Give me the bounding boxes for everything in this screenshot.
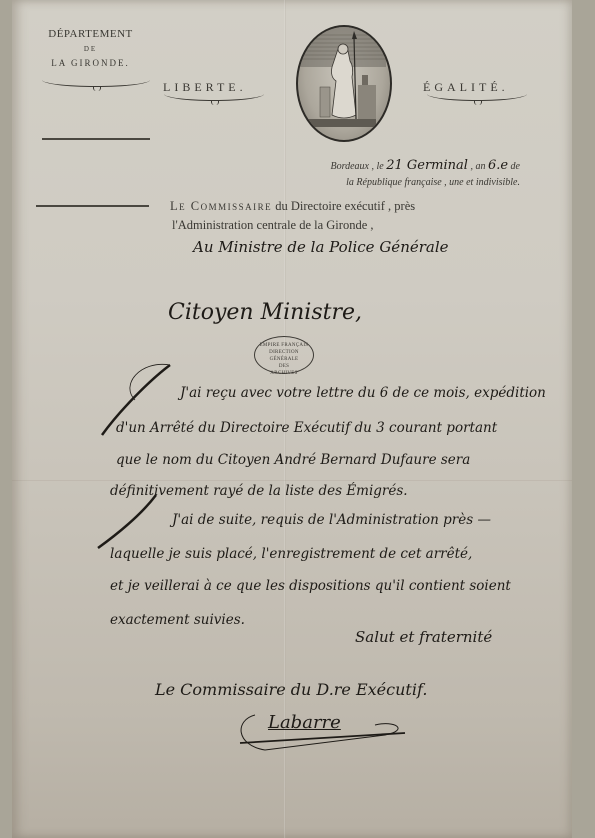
stamp-line2: DIRECTION GÉNÉRALE — [255, 349, 313, 363]
body-line-6: laquelle je suis placé, l'enregistrement… — [110, 546, 472, 562]
header-rule-mid — [36, 205, 149, 207]
signature-paraph-icon — [235, 705, 415, 765]
motto-liberte: LIBERTE. — [163, 80, 247, 95]
body-line-5: J'ai de suite, requis de l'Administratio… — [172, 512, 491, 528]
header-rule-top — [42, 138, 150, 140]
closing-salut: Salut et fraternité — [355, 628, 492, 646]
liberty-figure-icon — [298, 27, 386, 136]
department-heading: DÉPARTEMENT DE LA GIRONDE. — [28, 26, 153, 72]
dateline-handwritten-day: 21 Germinal — [386, 158, 468, 173]
stamp-line1: EMPIRE FRANÇAIS — [255, 342, 313, 349]
stamp-line3: DES — [255, 363, 313, 370]
body-line-8: exactement suivies. — [110, 612, 245, 628]
dateline-line2: la République française , une et indivis… — [262, 175, 520, 191]
liberty-medallion-engraving — [296, 25, 392, 142]
motto-egalite: ÉGALITÉ. — [423, 80, 509, 95]
body-line-7: et je veillerai à ce que les disposition… — [110, 578, 511, 594]
salutation: Citoyen Ministre, — [168, 300, 362, 325]
sender-line1: Le Commissaire du Directoire exécutif , … — [170, 197, 415, 216]
signature-title: Le Commissaire du D.re Exécutif. — [155, 680, 427, 699]
body-line-3: que le nom du Citoyen André Bernard Dufa… — [116, 452, 470, 468]
stamp-line4: ARCHIVES — [255, 370, 313, 377]
dateline-place: Bordeaux , le — [330, 161, 383, 172]
body-line-2: d'un Arrêté du Directoire Exécutif du 3 … — [116, 420, 497, 436]
department-de: DE — [28, 43, 153, 55]
archives-stamp: EMPIRE FRANÇAIS DIRECTION GÉNÉRALE DES A… — [254, 336, 314, 374]
dateline-an: , an — [470, 161, 485, 172]
dateline-line1: Bordeaux , le 21 Germinal , an 6.e de — [262, 158, 520, 175]
department-line: DÉPARTEMENT — [28, 26, 153, 43]
dateline: Bordeaux , le 21 Germinal , an 6.e de la… — [262, 158, 520, 191]
sender-block: Le Commissaire du Directoire exécutif , … — [170, 197, 415, 235]
recipient-line: Au Ministre de la Police Générale — [193, 238, 449, 256]
sender-line2: l'Administration centrale de la Gironde … — [170, 216, 415, 235]
horizontal-fold-crease — [12, 480, 572, 481]
sender-title-rest: du Directoire exécutif , près — [272, 199, 415, 213]
sender-title: Le Commissaire — [170, 199, 272, 213]
dateline-de: de — [511, 161, 520, 172]
dateline-handwritten-year: 6.e — [488, 158, 508, 173]
body-line-1: J'ai reçu avec votre lettre du 6 de ce m… — [180, 385, 546, 401]
department-name: LA GIRONDE. — [28, 55, 153, 72]
